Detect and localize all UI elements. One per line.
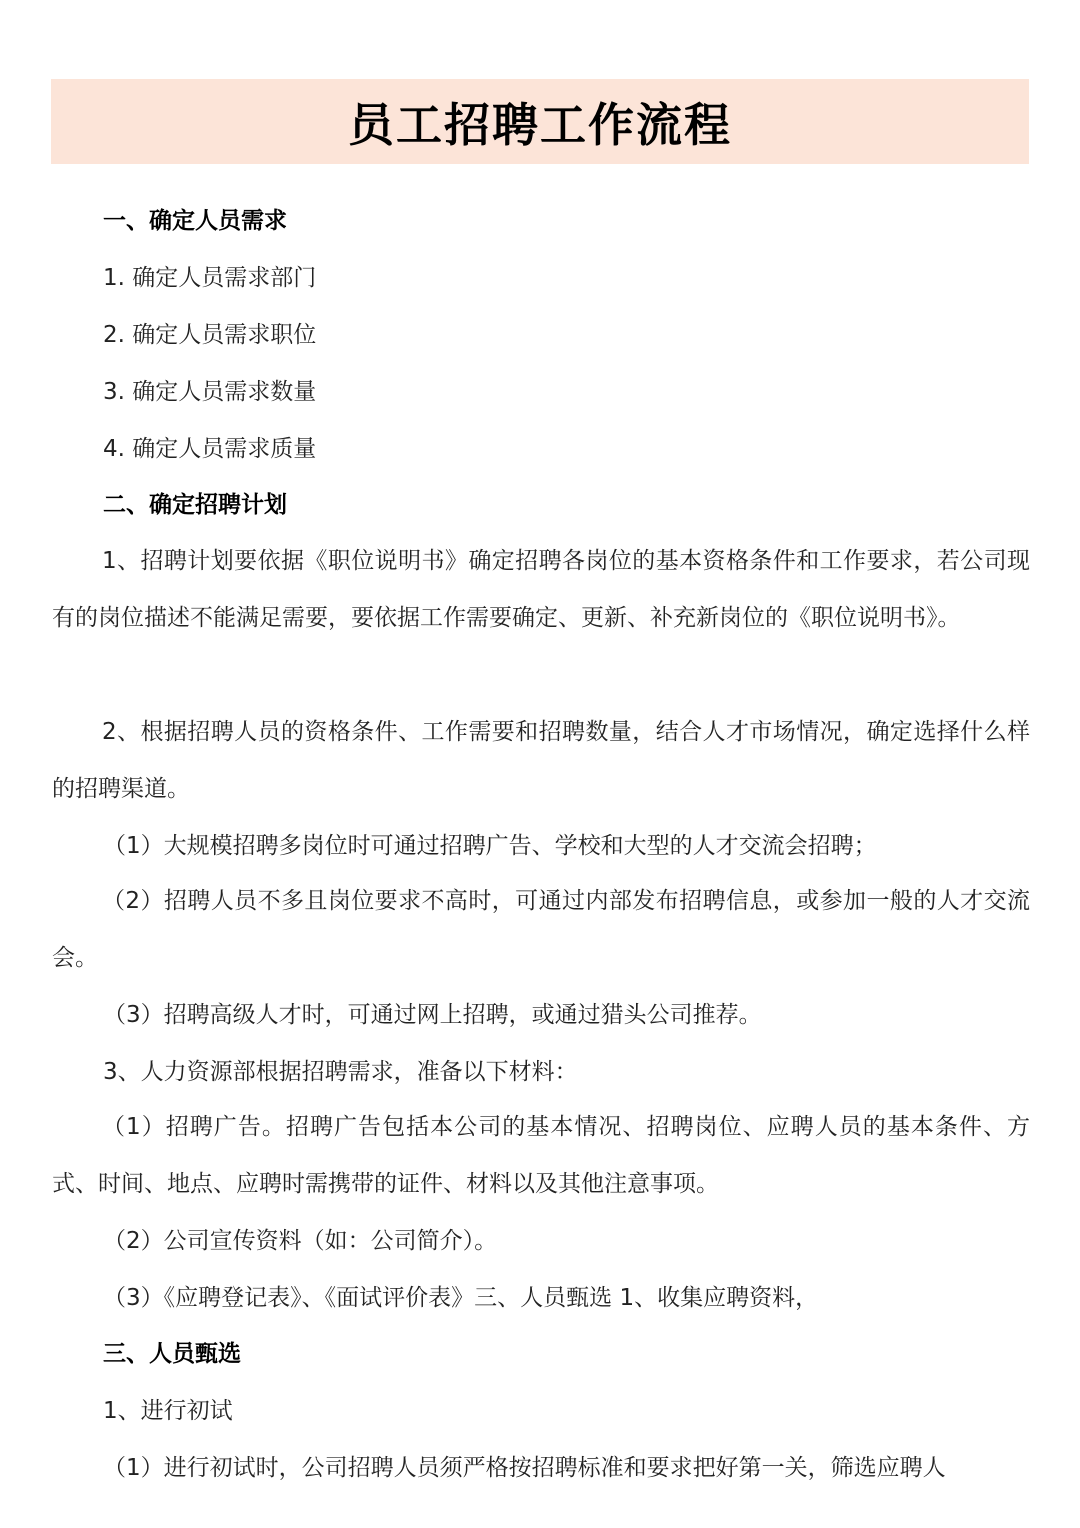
page-title: 员工招聘工作流程 [348, 89, 732, 155]
list-item: 2. 确定人员需求职位 [103, 320, 316, 350]
paragraph: 2、根据招聘人员的资格条件、工作需要和招聘数量，结合人才市场情况，确定选择什么样… [52, 704, 1030, 818]
list-item: 4. 确定人员需求质量 [103, 434, 316, 464]
paragraph: （1）招聘广告。招聘广告包括本公司的基本情况、招聘岗位、应聘人员的基本条件、方式… [52, 1099, 1030, 1213]
paragraph: （1）进行初试时，公司招聘人员须严格按招聘标准和要求把好第一关，筛选应聘人 [103, 1453, 946, 1483]
section-heading-1: 一、确定人员需求 [103, 206, 287, 236]
section-heading-2: 二、确定招聘计划 [103, 490, 287, 520]
paragraph: （2）公司宣传资料（如：公司简介）。 [103, 1226, 497, 1256]
paragraph: （3）《应聘登记表》、《面试评价表》三、人员甄选 1、收集应聘资料， [103, 1283, 818, 1313]
paragraph: 1、招聘计划要依据《职位说明书》确定招聘各岗位的基本资格条件和工作要求，若公司现… [52, 533, 1030, 647]
section-heading-3: 三、人员甄选 [103, 1339, 241, 1369]
sub-heading: 1、进行初试 [103, 1396, 233, 1426]
title-banner: 员工招聘工作流程 [51, 79, 1029, 164]
paragraph: （3）招聘高级人才时，可通过网上招聘，或通过猎头公司推荐。 [103, 1000, 762, 1030]
paragraph: （2）招聘人员不多且岗位要求不高时，可通过内部发布招聘信息，或参加一般的人才交流… [52, 873, 1030, 987]
list-item: 3. 确定人员需求数量 [103, 377, 316, 407]
list-item: 1. 确定人员需求部门 [103, 263, 316, 293]
paragraph: （1）大规模招聘多岗位时可通过招聘广告、学校和大型的人才交流会招聘； [103, 831, 877, 861]
paragraph: 3、人力资源部根据招聘需求，准备以下材料： [103, 1057, 578, 1087]
